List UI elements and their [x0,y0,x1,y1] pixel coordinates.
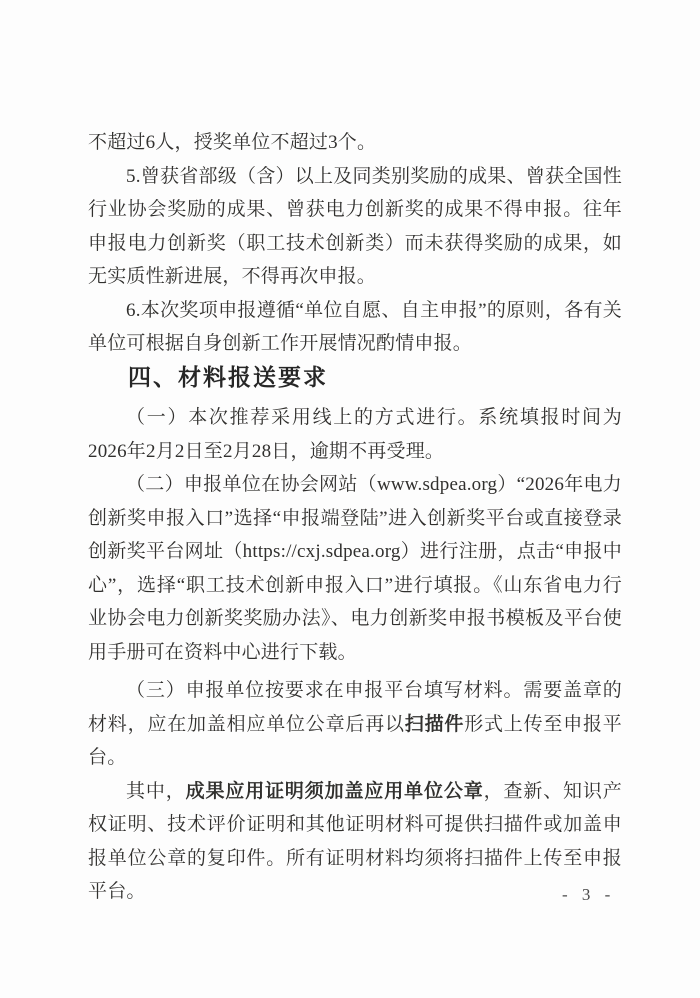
paragraph: 5.曾获省部级（含）以上及同类别奖励的成果、曾获全国性行业协会奖励的成果、曾获电… [88,160,622,294]
paragraph: （三）申报单位按要求在申报平台填写材料。需要盖章的材料，应在加盖相应单位公章后再… [88,674,622,775]
text-run: 6.本次奖项申报遵循“单位自愿、自主申报”的原则，各有关单位可根据自身创新工作开… [88,300,622,355]
emphasis-text: 成果应用证明须加盖应用单位公章 [186,781,484,802]
document-page: 不超过6人，授奖单位不超过3个。5.曾获省部级（含）以上及同类别奖励的成果、曾获… [0,0,700,998]
emphasis-text: 四、材料报送要求 [128,364,328,390]
paragraph: 6.本次奖项申报遵循“单位自愿、自主申报”的原则，各有关单位可根据自身创新工作开… [88,294,622,361]
text-run: （一）本次推荐采用线上的方式进行。系统填报时间为2026年2月2日至2月28日，… [88,407,622,462]
document-body: 不超过6人，授奖单位不超过3个。5.曾获省部级（含）以上及同类别奖励的成果、曾获… [88,126,622,909]
paragraph: 其中，成果应用证明须加盖应用单位公章，查新、知识产权证明、技术评价证明和其他证明… [88,775,622,909]
section-heading: 四、材料报送要求 [88,361,622,395]
paragraph: 不超过6人，授奖单位不超过3个。 [88,126,622,160]
text-run: 不超过6人，授奖单位不超过3个。 [88,132,376,153]
text-run: 5.曾获省部级（含）以上及同类别奖励的成果、曾获全国性行业协会奖励的成果、曾获电… [88,166,622,288]
text-run: （二）申报单位在协会网站（www.sdpea.org）“2026年电力创新奖申报… [88,474,622,663]
text-run: 其中， [126,781,186,802]
emphasis-text: 扫描件 [405,714,464,735]
page-number: - 3 - [562,885,615,905]
paragraph: （一）本次推荐采用线上的方式进行。系统填报时间为2026年2月2日至2月28日，… [88,401,622,468]
paragraph: （二）申报单位在协会网站（www.sdpea.org）“2026年电力创新奖申报… [88,468,622,669]
